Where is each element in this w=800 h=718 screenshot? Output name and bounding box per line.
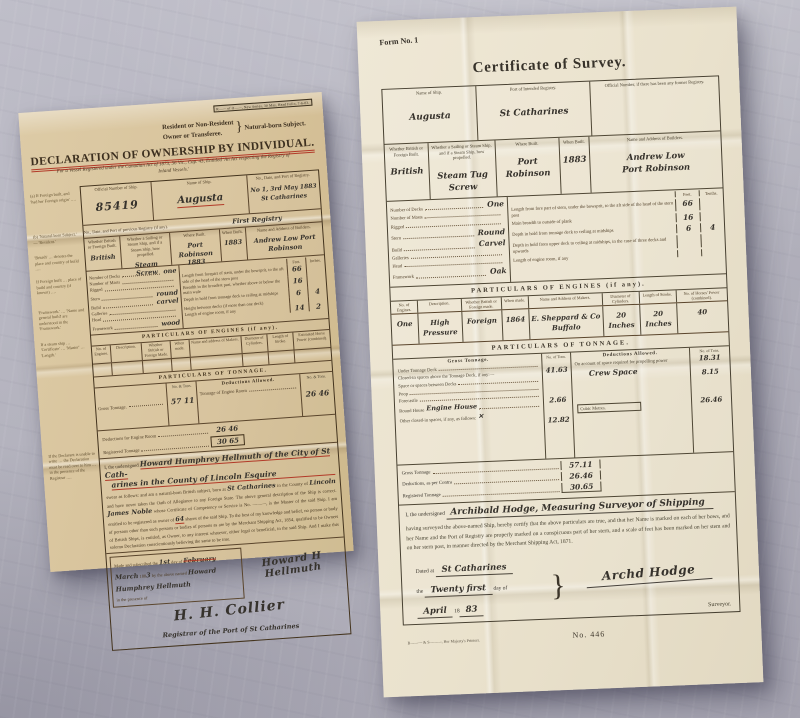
margin-note: If Foreign built … place of build and co… [36,277,84,297]
declarant-signature: Howard H Hellmuth [242,547,344,583]
certificate-page: Form No. 1 Certificate of Survey. Name o… [357,7,764,698]
dotted-leader [411,254,502,259]
ship-name-label: Name of Ship. [154,177,244,188]
declarant-signature-area: Howard H Hellmuth [241,540,344,598]
county-value: Lincoln [309,478,336,487]
document-number: No. 446 [539,628,638,641]
builders-cell: Name and Address of Builders. Andrew Low… [589,131,722,192]
certify-opening: I, the undersigned [405,510,445,518]
hull-row: FrameworkOak [393,267,507,280]
hull-and-measurements: Number of DecksOne Number of Masts Rigge… [387,188,726,287]
where-built-value: Port Robinson 1883 [172,240,219,268]
margin-note-bottom: If the Declarant is unable to write … th… [48,451,97,481]
under-deck-tons: 41.63 [542,364,571,374]
cylinder-diameter: 20 Inches [604,310,639,332]
dated-place: St Catharines [435,562,512,577]
dated-block: Dated at St Catharines the Twenty first … [407,548,733,622]
attestation-box: Made and subscribed the 1st day of Febru… [109,547,244,607]
engine-description: High Pressure [419,317,460,340]
official-number-cell: Official Number of Ship. 85419 [81,182,155,225]
ship-name-value: Augusta [385,110,474,124]
propelling-deduction: 18.31 [690,352,730,363]
engine-house-note: Engine House [426,403,477,412]
declaration-form: Official Number of Ship. 85419 Name of S… [80,170,352,652]
when-built-value: 1883 [222,238,244,248]
tonnage-table: Gross Tonnage. Under Tonnage Deck Closed… [393,346,733,465]
horse-power: 40 [678,306,727,318]
official-number-cell: Official Number, if there has been any f… [590,76,720,135]
ship-name-label: Name of Ship. [384,88,473,97]
surveyor-signature-area: Archd Hodge Surveyor. [564,548,733,616]
crew-space-note: Crew Space [589,365,687,378]
dotted-leader [404,247,475,251]
propulsion-label: Whether a Sailing or Steam Ship, and if … [122,234,168,258]
builders-value: Andrew Low Port Robinson [248,233,321,255]
certificate-document: Form No. 1 Certificate of Survey. Name o… [357,7,764,698]
dotted-leader [425,215,501,219]
deductions-value-col: No. & Tons.26 46 [299,372,335,416]
dotted-leader [458,381,538,385]
shares-value: 64 [175,515,184,524]
born-at-value: St Catharines [227,482,276,492]
where-built-label: Where Built. [172,231,217,239]
propulsion-value: Steam Screw [124,259,170,279]
dotted-leader [404,262,502,267]
scribble-mark: ✕ [478,413,484,420]
propulsion-cell: Whether a Sailing or Steam Ship, and if … [428,140,497,199]
master-name: James Noble [107,508,152,518]
hull-details: Number of DecksOne Number of Masts Rigge… [387,197,511,286]
deductions-cell: Deductions Allowed. Tonnage of Engine Ro… [197,374,302,423]
declaration-body: (a) If Foreign built, and 'had her Forei… [30,170,352,655]
dotted-leader [115,326,158,330]
when-built-cell: When Built. 1883 [559,137,591,194]
total-deduction: 26.46 [692,394,732,405]
form-number: Form No. 1 [379,33,449,47]
engine-house-tons: 12.82 [544,414,573,424]
brace-glyph: } [550,569,566,604]
measurements: Feet.Tenths. Length from fore part of st… [508,188,726,281]
margin-note: (a) If Foreign built, and 'had her Forei… [30,191,78,205]
port-label: Port of Intended Registry. [478,84,587,94]
port-cell: Port of Intended Registry. St Catharines [476,82,592,141]
built-value: British [87,252,118,263]
certification-section: I, the undersigned Archibald Hodge, Meas… [399,492,740,625]
dotted-leader [443,491,560,497]
dotted-leader [403,236,474,240]
surveyor-title: Surveyor. [708,602,731,609]
declaration-statement: I, the undersigned Howard Humphrey Hellm… [100,442,344,554]
year-value: 3 [146,571,151,579]
gross-tonnage-cell: Gross Tonnage. [95,383,169,430]
certificate-footer: B——— & S———, Her Majesty's Printers. No.… [403,624,741,647]
subject-note: Natural-born Subject. [244,120,306,131]
poop-tons: 2.66 [544,394,573,404]
builders-cell: Name and Address of Builders. Andrew Low… [246,223,324,260]
where-built-cell: Where Built. Port Robinson 1883 [170,230,222,265]
engine-maker: E. Sheppard & CoBuffalo [530,311,602,335]
registry-cell: No., Date, and Port of Registry. No 1, 3… [247,171,321,214]
tons-column-right: No. of Tons. 18.31 8.15 26.46 [689,346,733,453]
margin-note: 'Framework.' … 'Name and general build' … [38,307,86,332]
hull-row: Number of DecksOne [390,200,504,213]
dotted-leader [249,387,296,391]
surveyor-signature: Archd Hodge [585,561,711,588]
day-value: 1st [159,557,171,566]
propulsion-cell: Whether a Sailing or Steam Ship, and if … [120,233,172,268]
witness-title: Registrar of the Port of St Catharines [162,622,299,640]
ship-name-cell: Name of Ship. Augusta [152,176,250,221]
dotted-leader [479,406,539,409]
official-number-label: Official Number, if there has been any f… [593,79,717,90]
certificate-title: Certificate of Survey. [380,50,718,81]
deductions-area: Deductions Allowed. On account of space … [571,348,693,458]
built-label: Whether British or Foreign Built. [86,238,117,250]
declaration-document: R—— of O——, New Series, 30 May, Head Fol… [18,92,353,572]
photo-scene: R—— of O——, New Series, 30 May, Head Fol… [0,0,800,718]
ship-name-cell: Name of Ship. Augusta [382,86,478,144]
tons-column-left: No. of Tons. 41.63 2.66 12.82 [541,352,575,458]
cubic-metres-box: Cubic Metres. [577,402,641,414]
gross-tonnage-value-col: No. & Tons.57 11 [166,381,200,425]
built-cell: Whether British or Foreign Built. Britis… [385,143,431,201]
dated-month: April [417,605,453,618]
engine-when-made: 1864 [503,314,527,325]
margin-note: If a steam ship … 'Certificate' … 'Maste… [40,339,88,359]
subject-lines: Resident or Non-Resident Owner or Transf… [162,118,235,144]
where-built-cell: Where Built. Port Robinson [495,138,561,197]
stroke-length: 20 Inches [641,308,676,330]
corner-stamp: R—— of O——, New Series, 30 May, Head Fol… [213,99,312,113]
hull-row: BuildCarvel [392,239,506,252]
month-value: March [115,572,139,582]
gross-tonnage-list: Gross Tonnage. Under Tonnage Deck Closed… [393,354,545,465]
official-number-value: 85419 [84,198,151,216]
dotted-leader [142,445,210,451]
when-built-label: When Built. [222,229,243,236]
ship-name-value: Augusta [155,191,246,208]
declaration-page: R—— of O——, New Series, 30 May, Head Fol… [18,92,353,572]
margin-note: (b) 'Natural-born Subject.' — 'Resident.… [33,231,81,245]
printer-imprint: B——— & S———, Her Majesty's Printers. [407,635,539,645]
brace-glyph: } [235,120,243,136]
crew-space-deduction: 8.15 [690,366,730,377]
engine-origin: Foreign [463,315,501,327]
official-number-label: Official Number of Ship. [83,184,150,194]
registry-label: No., Date, and Port of Registry. [249,172,317,182]
dated-year: 83 [459,604,483,617]
when-built-cell: When Built. 1883 [220,228,248,262]
month-struck: February [183,554,216,564]
dotted-leader [129,403,164,406]
dotted-leader [425,207,484,210]
margin-note: 'British' … denotes the place and countr… [34,252,82,272]
certificate-table: Name of Ship. Augusta Port of Intended R… [381,75,740,625]
dated-day: Twenty first [424,583,492,598]
dated-lines: Dated at St Catharines the Twenty first … [407,556,552,623]
registry-value: No 1, 3rd May 1883 St Catharines [250,182,318,205]
port-value: St Catharines [479,105,589,119]
engine-count: One [393,318,417,329]
dotted-leader [416,274,486,278]
built-cell: Whether British or Foreign Built. Britis… [84,237,122,271]
